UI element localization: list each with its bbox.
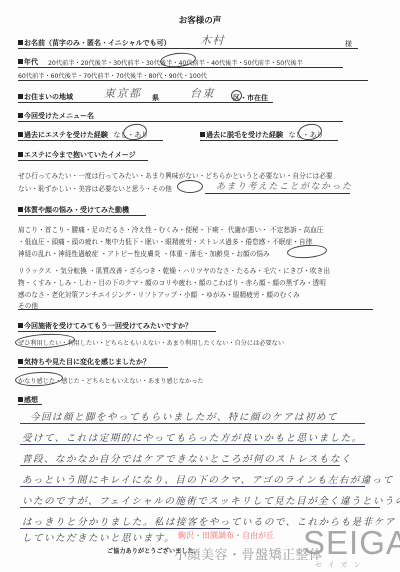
impressions-label: 感想 bbox=[24, 396, 38, 404]
impression-line-5: いたのですが、フェイシャルの施術でスッキリして見た目が全く違うというのが bbox=[22, 493, 400, 507]
hair-removal-underline bbox=[200, 140, 338, 141]
concerns-face-line1: リラックス ・気分転換 ・肌質改善・ざらつき・乾燥・ハリツヤのなさ・たるみ・毛穴… bbox=[18, 265, 330, 275]
concerns-body-line3: 神経の乱れ・神経性過敏症 ・アトピー性皮膚炎 ・体重・薄毛・加齢臭・お顔の悩み bbox=[18, 248, 270, 258]
concerns-label-row: 体質や顔の悩み・受けてみた動機 bbox=[18, 205, 129, 215]
watermark-service: 小顔美容・骨盤矯正整体 bbox=[174, 544, 323, 563]
square-bullet-icon bbox=[18, 397, 23, 402]
square-bullet-icon bbox=[18, 40, 23, 45]
menu-label: 今回受けたメニュー名 bbox=[24, 112, 94, 120]
image-other-underline bbox=[205, 193, 350, 194]
age-options-line2: 60代前半・60代後半・70代前半・70代後半・80代・90代・100代 bbox=[18, 71, 207, 80]
concerns-face-line3: 感のなさ・老化対策アンチエイジング・リフトアップ・小顔 ・ゆがみ・眼精疲労・顔の… bbox=[18, 289, 300, 299]
repeat-label: 今回施術を受けてみてもう一回受けてみたいですか？ bbox=[24, 322, 192, 330]
watermark-brand-logo: SEIGAN bbox=[303, 524, 400, 562]
age-label: 年代 bbox=[24, 58, 38, 66]
change-label-row: 気持ちや見た目に変化を感じましたか？ bbox=[18, 357, 150, 367]
image-options-line2: ない・恥ずかしい・美容は必要ないと思う・その他 bbox=[18, 183, 172, 193]
square-bullet-icon bbox=[18, 94, 23, 99]
watermark-brand-kana: セイガン bbox=[315, 560, 367, 570]
watermark-areas: 駒沢・田園調布・自由が丘 bbox=[178, 530, 274, 541]
name-value: 木村 bbox=[200, 32, 225, 48]
form-title: お客様の声 bbox=[0, 14, 400, 26]
esthe-experience-label: 過去にエステを受けた経験 bbox=[24, 131, 108, 139]
region-label-row: お住まいの地域 bbox=[18, 92, 73, 102]
age-underline-1 bbox=[18, 67, 343, 68]
change-label-underline bbox=[18, 367, 168, 368]
hair-removal-label: 過去に脱毛を受けた経験 bbox=[206, 131, 283, 139]
name-label-row: お名前（苗字のみ・匿名・イニシャルでも可） bbox=[18, 38, 171, 48]
region-label: お住まいの地域 bbox=[24, 93, 73, 101]
city-value: 台東 bbox=[190, 85, 215, 101]
concerns-body-line1: 肩こり・首こり・腰痛・足のだるさ・冷え性・むくみ・便秘・下痢・ 代謝が悪い・ 不… bbox=[18, 224, 324, 234]
square-bullet-icon bbox=[18, 152, 23, 157]
concerns-body-line3-text: 神経の乱れ・神経性過敏症 ・アトピー性皮膚炎 ・体重・薄毛・加齢臭・ bbox=[18, 250, 236, 258]
square-bullet-icon bbox=[18, 359, 23, 364]
name-label: お名前（苗字のみ・匿名・イニシャルでも可） bbox=[24, 39, 171, 47]
square-bullet-icon bbox=[18, 59, 23, 64]
impression-line-3: 普段、なかなか自分ではケアできないところが何のストレスもなく bbox=[22, 451, 352, 465]
region-selected-circle bbox=[231, 90, 242, 101]
image-other-label: その他 bbox=[152, 185, 172, 193]
image-selected-circle bbox=[177, 180, 203, 193]
concerns-face-line2: 物・くすみ・しみ・しわ・目の下のクマ・顔のコリや疲れ・顔のこわばり・赤ら顔・顔の… bbox=[18, 277, 326, 287]
essay-rule-4 bbox=[20, 486, 365, 487]
square-bullet-icon bbox=[18, 323, 23, 328]
name-underline bbox=[18, 48, 358, 49]
feedback-form-scan: お客様の声 お名前（苗字のみ・匿名・イニシャルでも可） 木村 様 年代 20代前… bbox=[0, 0, 400, 572]
repeat-label-row: 今回施術を受けてみてもう一回受けてみたいですか？ bbox=[18, 321, 192, 331]
square-bullet-icon bbox=[18, 207, 23, 212]
repeat-label-underline bbox=[18, 331, 216, 332]
age-label-row: 年代 bbox=[18, 57, 38, 67]
concerns-label: 体質や顔の悩み・受けてみた動機 bbox=[24, 206, 129, 214]
concerns-other-underline bbox=[18, 309, 373, 310]
concerns-label-underline bbox=[18, 215, 146, 216]
impression-line-1: 今回は顔と脚をやってもらいましたが、特に顔のケアは初めて bbox=[30, 409, 338, 423]
essay-rule-5 bbox=[20, 507, 380, 508]
concerns-body-line2: ・低血圧・頭痛・頭の疲れ・集中力低下・眠い・眼精疲労・ストレス過多・倦怠感・不眠… bbox=[18, 236, 312, 246]
age-underline-2 bbox=[18, 80, 368, 81]
image-label: エステに今まで抱いていたイメージ bbox=[24, 151, 136, 159]
essay-rule-6 bbox=[20, 528, 230, 529]
square-bullet-icon bbox=[18, 132, 23, 137]
image-options-line2-text: ない・恥ずかしい・美容は必要ないと思う・ bbox=[18, 185, 152, 193]
menu-underline bbox=[18, 121, 343, 122]
menu-label-row: 今回受けたメニュー名 bbox=[18, 111, 94, 121]
essay-rule-3 bbox=[20, 465, 340, 466]
change-label: 気持ちや見た目に変化を感じましたか？ bbox=[24, 358, 150, 366]
essay-rule-2 bbox=[20, 444, 365, 445]
image-other-value: あまり考えたことがなかった bbox=[216, 179, 353, 192]
esthe-underline bbox=[18, 140, 163, 141]
impression-line-7: していただきたいと思います。 bbox=[22, 530, 175, 544]
impression-line-2: 受けて、これは定期的にやってもらった方が良いかもと思いました。 bbox=[22, 430, 363, 444]
region-underline bbox=[18, 102, 273, 103]
prefecture-value: 東京都 bbox=[104, 85, 142, 101]
image-label-row: エステに今まで抱いていたイメージ bbox=[18, 150, 136, 160]
essay-rule-1 bbox=[20, 423, 365, 424]
concerns-body-selected: お顔の悩み bbox=[236, 250, 269, 258]
impressions-label-underline bbox=[18, 404, 42, 405]
square-bullet-icon bbox=[18, 113, 23, 118]
impression-line-4: あっという間にキレイになり、目の下のクマ、アゴのラインも左右が違って bbox=[22, 472, 394, 486]
image-label-underline bbox=[18, 160, 148, 161]
square-bullet-icon bbox=[200, 132, 205, 137]
